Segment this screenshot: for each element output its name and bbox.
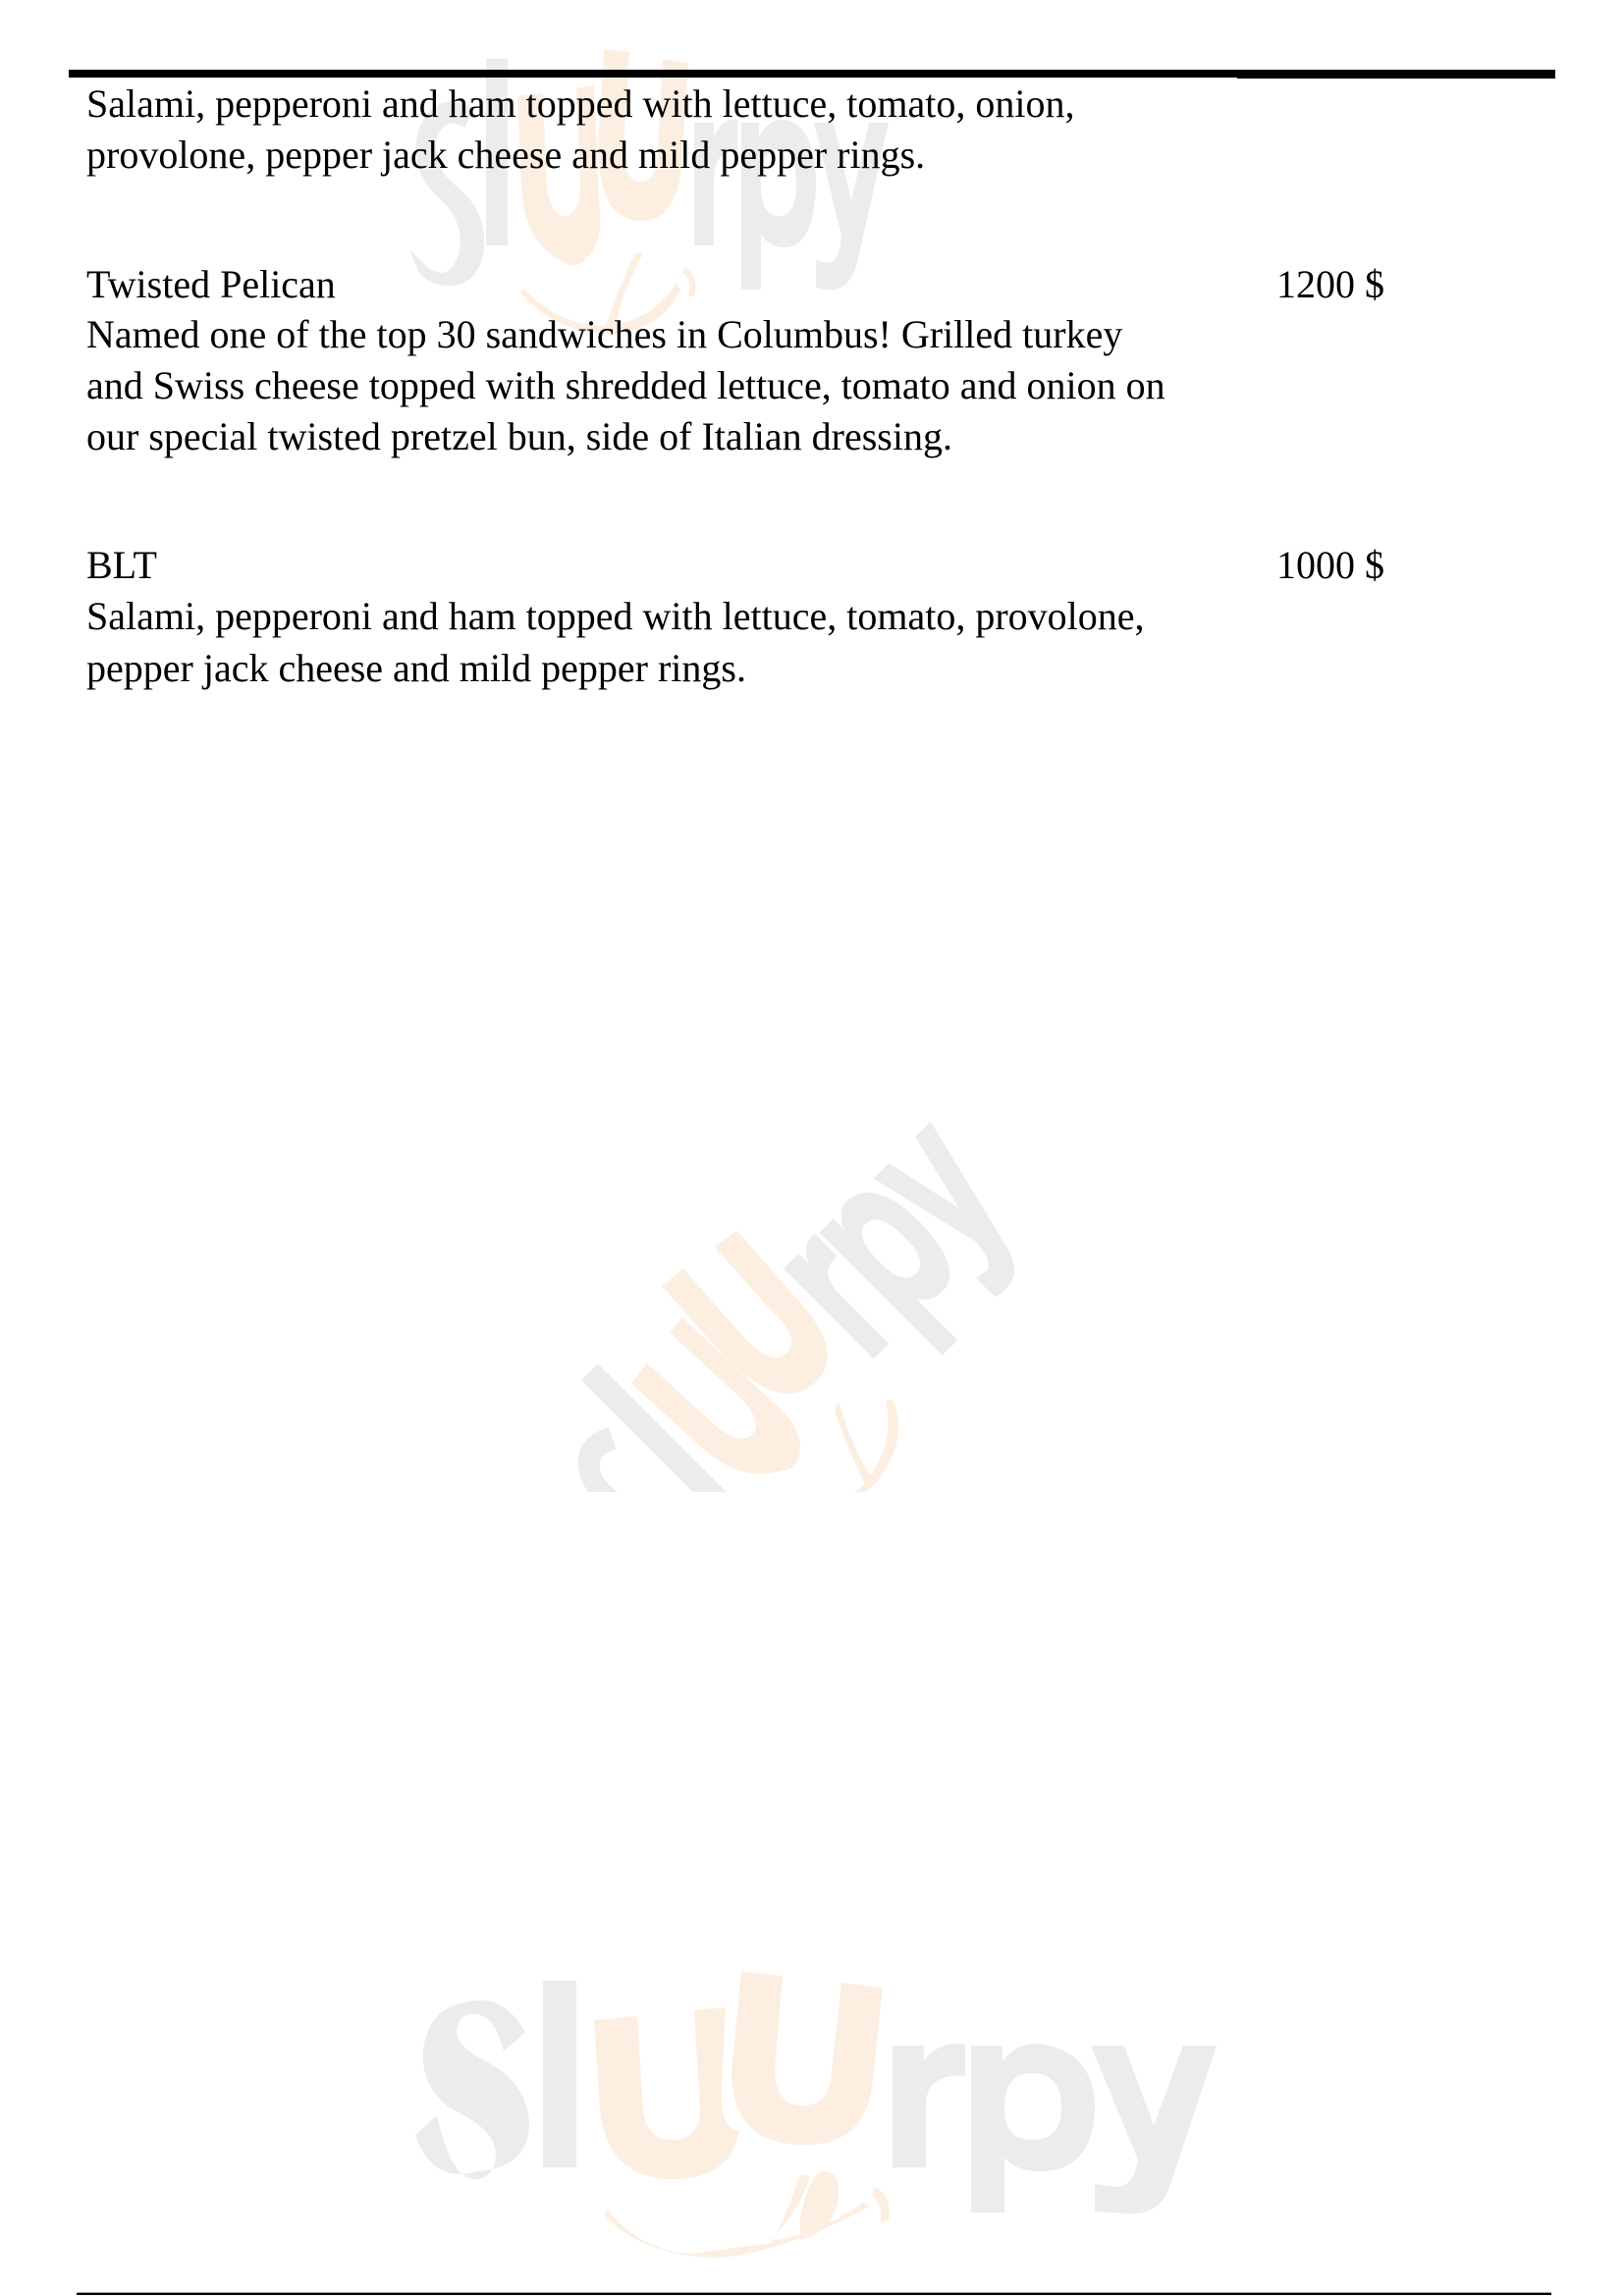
sluurpy-watermark-diagonal — [471, 805, 1159, 1492]
watermark-logo-icon — [516, 1069, 1084, 1492]
watermark-logo-icon — [415, 1971, 1217, 2258]
item-description-line: Salami, pepperoni and ham topped with le… — [86, 79, 1074, 130]
item-description-line: provolone, pepper jack cheese and mild p… — [86, 130, 925, 181]
top-rule-right — [1237, 70, 1555, 79]
top-rule — [69, 70, 1237, 78]
item-name: Twisted Pelican — [86, 259, 336, 310]
item-description-line: our special twisted pretzel bun, side of… — [86, 411, 952, 462]
bottom-rule — [77, 2293, 1551, 2295]
sluurpy-watermark-bottom — [398, 1963, 1262, 2258]
item-description-line: and Swiss cheese topped with shredded le… — [86, 360, 1165, 411]
item-description-line: pepper jack cheese and mild pepper rings… — [86, 643, 746, 694]
item-name: BLT — [86, 540, 157, 591]
item-price: 1000 $ — [1276, 540, 1384, 591]
item-description-line: Named one of the top 30 sandwiches in Co… — [86, 309, 1122, 360]
item-price: 1200 $ — [1276, 259, 1384, 310]
item-description-line: Salami, pepperoni and ham topped with le… — [86, 591, 1145, 642]
